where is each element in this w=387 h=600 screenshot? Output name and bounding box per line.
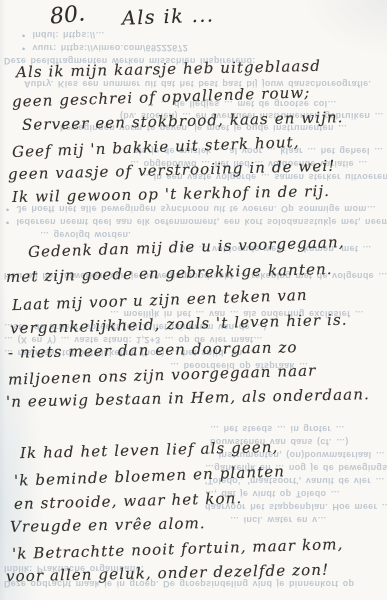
- bullet-dot-icon: •: [6, 218, 9, 228]
- bleedthrough-line: … gevolgd worden.: [40, 230, 131, 240]
- bullet-dot-icon: •: [6, 205, 9, 215]
- bullet-dot-icon: •: [22, 44, 25, 54]
- handwritten-line: miljoenen ons zijn voorgegaan naar: [8, 361, 317, 388]
- bleedthrough-line: •Indul: https://…: [22, 30, 105, 40]
- handwritten-line: met zijn goede en gebrekkige kanten.: [6, 260, 333, 286]
- handwritten-line: 'n eeuwig bestaan in Hem, als onderdaan.: [6, 385, 370, 411]
- handwritten-line: 'k Betrachtte nooit fortuin, maar kom,: [12, 535, 344, 563]
- bleedthrough-line: •vuur: https://vimeo.com/69222672: [22, 43, 188, 53]
- handwritten-line: Ik wil gewoon op 't kerkhof in de rij.: [12, 182, 330, 206]
- scanned-page: •Indul: https://…•vuur: https://vimeo.co…: [0, 0, 387, 600]
- bleedthrough-line: •Je hoeft niet alle bewegingen synchroon…: [6, 204, 376, 214]
- poem-number: 80.: [49, 1, 86, 30]
- poem-title: Als ik ...: [122, 4, 215, 29]
- bullet-dot-icon: •: [22, 31, 25, 41]
- bleedthrough-line: •Iedereen neemt deel aan elk oefenmoment…: [6, 217, 387, 227]
- bleedthrough-line: … incl. water en v…: [230, 515, 327, 525]
- handwritten-line: Vreugde en vrêe alom.: [10, 514, 206, 536]
- handwritten-line: Geef mij 'n bakkie uit sterk hout,: [12, 133, 300, 161]
- bleedthrough-line: … het steeds … in groter …: [210, 424, 345, 434]
- handwritten-line: vergankelijkheid, zoals 't leven hier is…: [10, 311, 348, 338]
